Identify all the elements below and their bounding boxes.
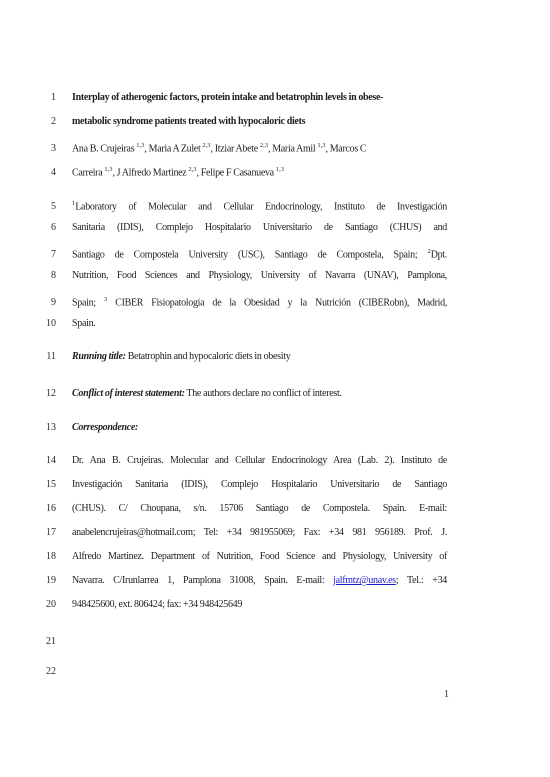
- line-number: 13: [0, 416, 72, 440]
- correspondence-line: Dr. Ana B. Crujeiras. Molecular and Cell…: [72, 449, 447, 473]
- text-segment: , J Alfredo Martinez: [112, 167, 188, 178]
- title-line-1: Interplay of atherogenic factors, protei…: [72, 86, 447, 110]
- running-title-line: Running title: Betatrophin and hypocalor…: [72, 345, 447, 369]
- affiliation-line: Nutrition, Food Sciences and Physiology,…: [72, 264, 447, 288]
- line-row-16: 16 (CHUS). C/ Choupana, s/n. 15706 Santi…: [0, 497, 550, 521]
- line-number: 20: [0, 593, 72, 617]
- text-segment: The authors declare no conflict of inter…: [185, 388, 342, 399]
- authors-line-2: Carreira 1,3, J Alfredo Martinez 2,3, Fe…: [72, 158, 447, 185]
- line-row-1: 1 Interplay of atherogenic factors, prot…: [0, 86, 550, 110]
- affiliation-line: Spain.: [72, 312, 447, 336]
- line-row-22: 22: [0, 660, 550, 684]
- text-segment: Spain.: [72, 318, 95, 329]
- line-number: 22: [0, 660, 72, 684]
- line-row-9: 9 Spain; 3 CIBER Fisiopatología de la Ob…: [0, 288, 550, 312]
- text-segment: , Itziar Abete: [211, 143, 260, 154]
- line-number: 16: [0, 497, 72, 521]
- line-number: 21: [0, 630, 72, 654]
- line-number: 18: [0, 545, 72, 569]
- correspondence-line: (CHUS). C/ Choupana, s/n. 15706 Santiago…: [72, 497, 447, 521]
- text-segment: , Marcos C: [326, 143, 367, 154]
- line-row-10: 10 Spain.: [0, 312, 550, 336]
- affiliation-superscript: 1,3: [276, 166, 284, 173]
- text-segment: Santiago de Compostela University (USC),…: [72, 249, 427, 260]
- line-row-7: 7 Santiago de Compostela University (USC…: [0, 240, 550, 264]
- text-segment: Sanitaria (IDIS), Complejo Hospitalario …: [72, 222, 447, 233]
- page-number: 1: [444, 688, 449, 702]
- line-number: 11: [0, 345, 72, 369]
- text-segment: Alfredo Martinez. Department of Nutritio…: [72, 551, 447, 562]
- line-row-5: 5 1Laboratory of Molecular and Cellular …: [0, 192, 550, 216]
- line-row-2: 2 metabolic syndrome patients treated wi…: [0, 110, 550, 134]
- affiliation-superscript: 2,3: [188, 166, 196, 173]
- text-segment: Laboratory of Molecular and Cellular End…: [75, 201, 447, 212]
- line-number: 8: [0, 264, 72, 288]
- email-link[interactable]: jalfmtz@unav.es: [333, 575, 396, 586]
- line-row-18: 18 Alfredo Martinez. Department of Nutri…: [0, 545, 550, 569]
- line-row-21: 21: [0, 630, 550, 654]
- text-segment: Navarra. C/Irunlarrea 1, Pamplona 31008,…: [72, 575, 333, 586]
- correspondence-line: Navarra. C/Irunlarrea 1, Pamplona 31008,…: [72, 569, 447, 593]
- conflict-label: Conflict of interest statement:: [72, 388, 185, 399]
- line-row-11: 11 Running title: Betatrophin and hypoca…: [0, 345, 550, 369]
- line-row-14: 14 Dr. Ana B. Crujeiras. Molecular and C…: [0, 449, 550, 473]
- line-number: 6: [0, 216, 72, 240]
- text-segment: , Maria A Zulet: [144, 143, 202, 154]
- correspondence-heading-line: Correspondence:: [72, 416, 447, 440]
- line-number: 3: [0, 137, 72, 161]
- line-number: 1: [0, 86, 72, 110]
- line-number: 19: [0, 569, 72, 593]
- correspondence-line: Investigación Sanitaria (IDIS), Complejo…: [72, 473, 447, 497]
- text-segment: , Felipe F Casanueva: [197, 167, 276, 178]
- text-segment: 948425600, ext. 806424; fax: +34 9484256…: [72, 599, 242, 610]
- text-segment: Spain;: [72, 297, 104, 308]
- line-row-20: 20 948425600, ext. 806424; fax: +34 9484…: [0, 593, 550, 617]
- text-segment: Ana B. Crujeiras: [72, 143, 136, 154]
- line-number: 2: [0, 110, 72, 134]
- line-number: 17: [0, 521, 72, 545]
- correspondence-line: 948425600, ext. 806424; fax: +34 9484256…: [72, 593, 447, 617]
- line-number: 15: [0, 473, 72, 497]
- text-segment: CIBER Fisiopatología de la Obesidad y la…: [107, 297, 447, 308]
- line-row-6: 6 Sanitaria (IDIS), Complejo Hospitalari…: [0, 216, 550, 240]
- line-row-8: 8 Nutrition, Food Sciences and Physiolog…: [0, 264, 550, 288]
- line-row-3: 3 Ana B. Crujeiras 1,3, Maria A Zulet 2,…: [0, 134, 550, 158]
- line-row-19: 19 Navarra. C/Irunlarrea 1, Pamplona 310…: [0, 569, 550, 593]
- text-segment: , Maria Amil: [268, 143, 317, 154]
- text-segment: Investigación Sanitaria (IDIS), Complejo…: [72, 479, 447, 490]
- line-number: 12: [0, 382, 72, 406]
- text-segment: Betatrophin and hypocaloric diets in obe…: [126, 351, 291, 362]
- correspondence-line: Alfredo Martinez. Department of Nutritio…: [72, 545, 447, 569]
- text-segment: Dpt.: [431, 249, 447, 260]
- text-segment: ; Tel.: +34: [396, 575, 447, 586]
- text-segment: anabelencrujeiras@hotmail.com; Tel: +34 …: [72, 527, 447, 538]
- affiliation-superscript: 2,3: [202, 142, 210, 149]
- text-segment: Interplay of atherogenic factors, protei…: [72, 92, 383, 103]
- correspondence-line: anabelencrujeiras@hotmail.com; Tel: +34 …: [72, 521, 447, 545]
- affiliation-line: Sanitaria (IDIS), Complejo Hospitalario …: [72, 216, 447, 240]
- text-segment: Dr. Ana B. Crujeiras. Molecular and Cell…: [72, 455, 447, 466]
- line-number: 10: [0, 312, 72, 336]
- manuscript-body: 1 Interplay of atherogenic factors, prot…: [0, 86, 550, 684]
- line-row-12: 12 Conflict of interest statement: The a…: [0, 382, 550, 406]
- affiliation-superscript: 1,3: [317, 142, 325, 149]
- affiliation-superscript: 2,3: [260, 142, 268, 149]
- text-segment: Carreira: [72, 167, 104, 178]
- text-segment: (CHUS). C/ Choupana, s/n. 15706 Santiago…: [72, 503, 447, 514]
- text-segment: Nutrition, Food Sciences and Physiology,…: [72, 270, 447, 281]
- line-row-13: 13 Correspondence:: [0, 416, 550, 440]
- line-number: 4: [0, 161, 72, 185]
- line-number: 14: [0, 449, 72, 473]
- conflict-of-interest-line: Conflict of interest statement: The auth…: [72, 382, 447, 406]
- line-row-4: 4 Carreira 1,3, J Alfredo Martinez 2,3, …: [0, 158, 550, 182]
- line-row-15: 15 Investigación Sanitaria (IDIS), Compl…: [0, 473, 550, 497]
- running-title-label: Running title:: [72, 351, 126, 362]
- line-row-17: 17 anabelencrujeiras@hotmail.com; Tel: +…: [0, 521, 550, 545]
- text-segment: metabolic syndrome patients treated with…: [72, 116, 305, 127]
- correspondence-label: Correspondence:: [72, 422, 138, 433]
- manuscript-page: 1 Interplay of atherogenic factors, prot…: [0, 0, 550, 777]
- title-line-2: metabolic syndrome patients treated with…: [72, 110, 447, 134]
